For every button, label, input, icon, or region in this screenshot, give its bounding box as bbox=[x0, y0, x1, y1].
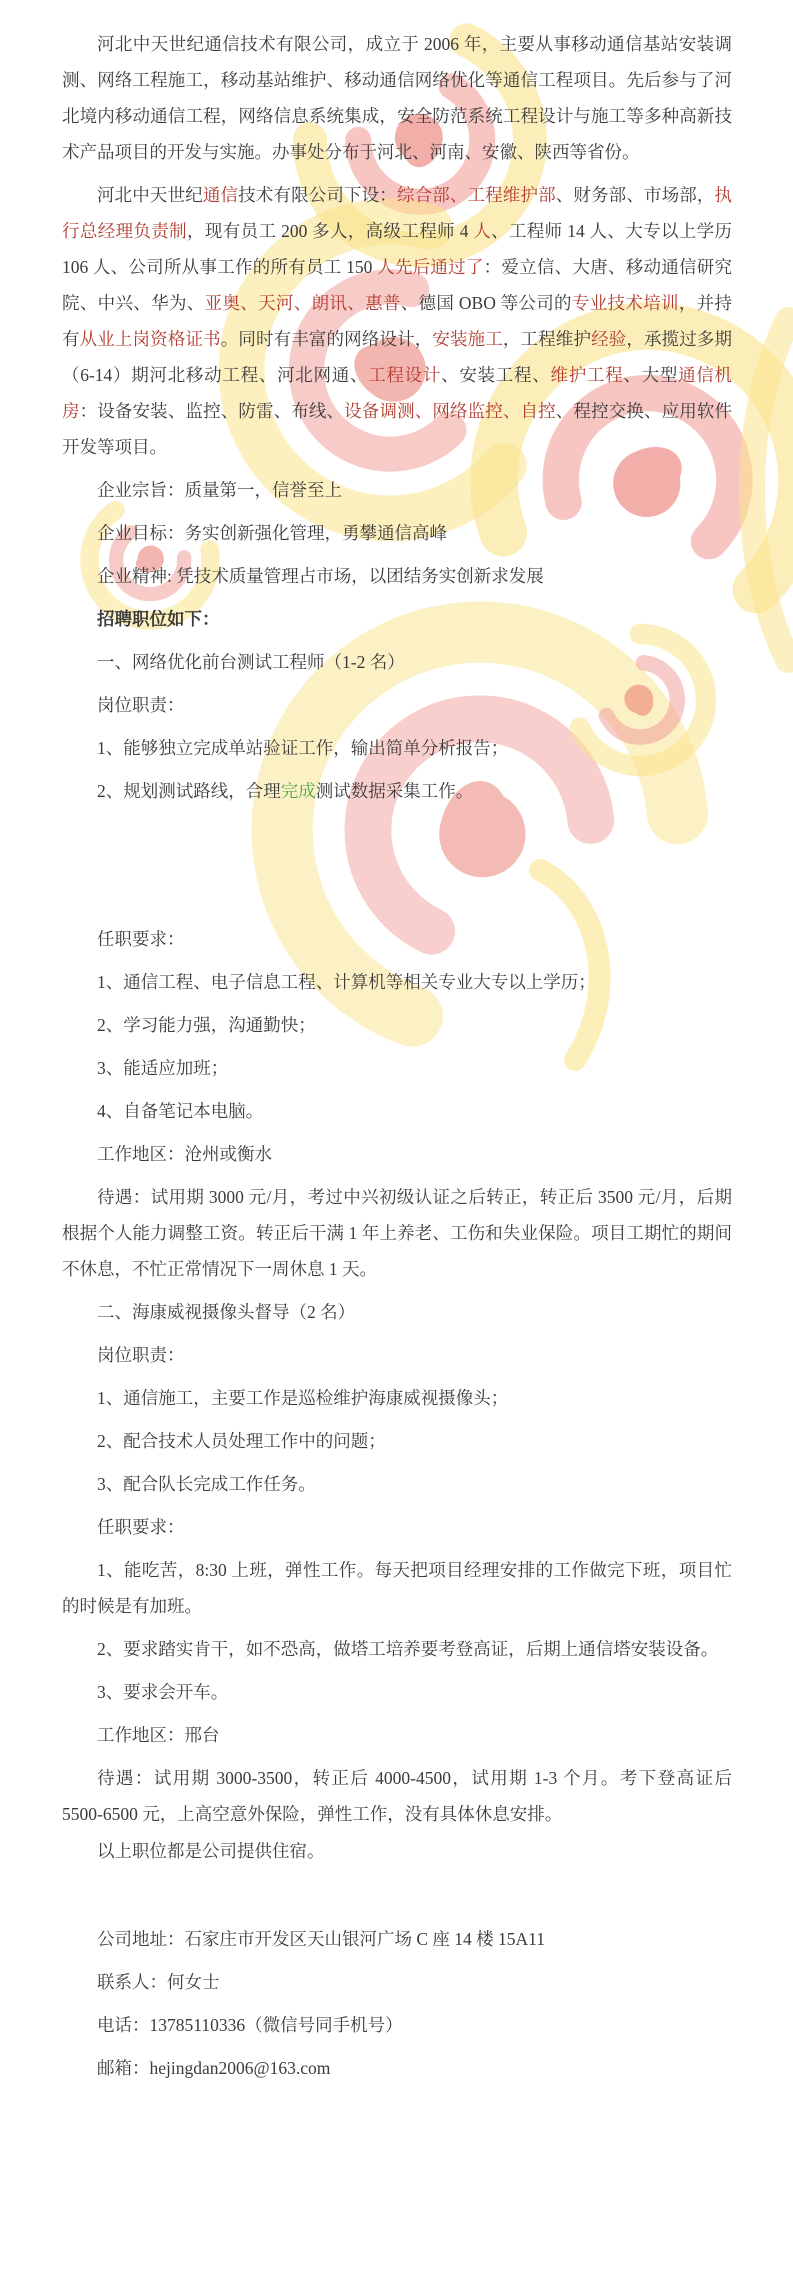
text-segment: 企业目标：务实创新强化管理，勇攀通信高峰 bbox=[97, 523, 447, 543]
text-segment: 、大型 bbox=[623, 365, 678, 385]
text-segment-red: 从业上岗资格证书 bbox=[80, 329, 221, 349]
text-segment: 岗位职责： bbox=[97, 1345, 185, 1365]
text-segment: 河北中天世纪通信技术有限公司，成立于 2006 年，主要从事移动通信基站安装调测… bbox=[62, 34, 732, 162]
position-1-requirement-heading: 任职要求： bbox=[62, 921, 732, 957]
text-segment-red: 工程设计 bbox=[368, 365, 441, 385]
text-segment: 二、海康威视摄像头督导（2 名） bbox=[97, 1302, 355, 1322]
text-segment: 1、通信施工，主要工作是巡检维护海康威视摄像头； bbox=[97, 1388, 508, 1408]
text-segment: 一、网络优化前台测试工程师（1-2 名） bbox=[97, 652, 405, 672]
position-1-salary: 待遇：试用期 3000 元/月，考过中兴初级认证之后转正，转正后 3500 元/… bbox=[62, 1179, 732, 1287]
text-segment: 电话：13785110336（微信号同手机号） bbox=[97, 2015, 403, 2035]
position-1-duty-2: 2、规划测试路线，合理完成测试数据采集工作。 bbox=[62, 773, 732, 809]
text-segment: 公司地址：石家庄市开发区天山银河广场 C 座 14 楼 15A11 bbox=[97, 1929, 545, 1949]
position-1-req-4: 4、自备笔记本电脑。 bbox=[62, 1093, 732, 1129]
company-goal: 企业目标：务实创新强化管理，勇攀通信高峰 bbox=[62, 515, 732, 551]
text-segment: 、德国 OBO 等公司的 bbox=[401, 293, 572, 313]
recruit-heading: 招聘职位如下： bbox=[62, 601, 732, 637]
text-segment-red: 人先后通过了 bbox=[377, 257, 484, 277]
text-segment: 招聘职位如下： bbox=[97, 609, 220, 629]
position-2-salary: 待遇：试用期 3000-3500，转正后 4000-4500，试用期 1-3 个… bbox=[62, 1760, 732, 1832]
text-segment: 2、规划测试路线，合理 bbox=[97, 781, 281, 801]
contact-person: 联系人：何女士 bbox=[62, 1964, 732, 2000]
intro-paragraph: 河北中天世纪通信技术有限公司，成立于 2006 年，主要从事移动通信基站安装调测… bbox=[62, 26, 732, 170]
text-segment: 邮箱：hejingdan2006@163.com bbox=[97, 2058, 330, 2078]
document-body: 河北中天世纪通信技术有限公司，成立于 2006 年，主要从事移动通信基站安装调测… bbox=[0, 0, 793, 2086]
text-segment-red: 通信 bbox=[203, 185, 238, 205]
contact-phone: 电话：13785110336（微信号同手机号） bbox=[62, 2007, 732, 2043]
position-2-location: 工作地区：邢台 bbox=[62, 1717, 732, 1753]
text-segment: 。同时有丰富的网络设计， bbox=[221, 329, 433, 349]
text-segment: 4、自备笔记本电脑。 bbox=[97, 1101, 263, 1121]
text-segment: ：设备安装、监控、防雷、布线、 bbox=[80, 401, 345, 421]
text-segment: ，现有员工 200 多人，高级工程师 4 bbox=[187, 221, 473, 241]
position-1-duty-heading: 岗位职责： bbox=[62, 687, 732, 723]
text-segment: 河北中天世纪 bbox=[97, 185, 203, 205]
text-segment: 待遇：试用期 3000-3500，转正后 4000-4500，试用期 1-3 个… bbox=[62, 1768, 732, 1824]
text-segment: 工作地区：沧州或衡水 bbox=[97, 1144, 272, 1164]
text-segment: 任职要求： bbox=[97, 1517, 185, 1537]
text-segment: 3、配合队长完成工作任务。 bbox=[97, 1474, 316, 1494]
text-segment: 岗位职责： bbox=[97, 695, 185, 715]
text-segment: 联系人：何女士 bbox=[97, 1972, 220, 1992]
text-segment-green: 完成 bbox=[281, 781, 316, 801]
text-segment: 待遇：试用期 3000 元/月，考过中兴初级认证之后转正，转正后 3500 元/… bbox=[62, 1187, 732, 1279]
text-segment-red: 专业技术培训 bbox=[572, 293, 679, 313]
position-2-title: 二、海康威视摄像头督导（2 名） bbox=[62, 1294, 732, 1330]
company-spirit: 企业精神: 凭技术质量管理占市场，以团结务实创新求发展 bbox=[62, 558, 732, 594]
contact-email: 邮箱：hejingdan2006@163.com bbox=[62, 2050, 732, 2086]
spacer bbox=[62, 816, 732, 921]
text-segment: 、安装工程、 bbox=[441, 365, 550, 385]
position-2-req-3: 3、要求会开车。 bbox=[62, 1674, 732, 1710]
position-2-duty-1: 1、通信施工，主要工作是巡检维护海康威视摄像头； bbox=[62, 1380, 732, 1416]
position-2-duty-heading: 岗位职责： bbox=[62, 1337, 732, 1373]
position-1-duty-1: 1、能够独立完成单站验证工作，输出简单分析报告； bbox=[62, 730, 732, 766]
text-segment: 以上职位都是公司提供住宿。 bbox=[97, 1841, 325, 1861]
text-segment: 2、配合技术人员处理工作中的问题； bbox=[97, 1431, 386, 1451]
position-2-req-1: 1、能吃苦，8:30 上班，弹性工作。每天把项目经理安排的工作做完下班，项目忙的… bbox=[62, 1552, 732, 1624]
position-2-duty-3: 3、配合队长完成工作任务。 bbox=[62, 1466, 732, 1502]
spacer bbox=[62, 1876, 732, 1921]
text-segment-red: 维护工程 bbox=[550, 365, 623, 385]
text-segment: 企业宗旨：质量第一，信誉至上 bbox=[97, 480, 342, 500]
text-segment: 工作地区：邢台 bbox=[97, 1725, 220, 1745]
text-segment: 测试数据采集工作。 bbox=[316, 781, 474, 801]
text-segment: 、财务部、市场部， bbox=[556, 185, 715, 205]
position-1-req-3: 3、能适应加班； bbox=[62, 1050, 732, 1086]
position-1-req-2: 2、学习能力强，沟通勤快； bbox=[62, 1007, 732, 1043]
company-motto: 企业宗旨：质量第一，信誉至上 bbox=[62, 472, 732, 508]
position-1-title: 一、网络优化前台测试工程师（1-2 名） bbox=[62, 644, 732, 680]
text-segment-red: 设备调测、网络监控、自控 bbox=[344, 401, 556, 421]
position-1-req-1: 1、通信工程、电子信息工程、计算机等相关专业大专以上学历； bbox=[62, 964, 732, 1000]
text-segment-red: 综合部、工程维护部 bbox=[397, 185, 556, 205]
text-segment: 2、学习能力强，沟通勤快； bbox=[97, 1015, 316, 1035]
text-segment-red: 经验 bbox=[591, 329, 626, 349]
company-address: 公司地址：石家庄市开发区天山银河广场 C 座 14 楼 15A11 bbox=[62, 1921, 732, 1957]
text-segment: 3、能适应加班； bbox=[97, 1058, 228, 1078]
text-segment: 3、要求会开车。 bbox=[97, 1682, 228, 1702]
position-2-requirement-heading: 任职要求： bbox=[62, 1509, 732, 1545]
text-segment: 1、能吃苦，8:30 上班，弹性工作。每天把项目经理安排的工作做完下班，项目忙的… bbox=[62, 1560, 732, 1616]
text-segment: 任职要求： bbox=[97, 929, 185, 949]
text-segment: 1、通信工程、电子信息工程、计算机等相关专业大专以上学历； bbox=[97, 972, 596, 992]
company-structure-paragraph: 河北中天世纪通信技术有限公司下设：综合部、工程维护部、财务部、市场部，执行总经理… bbox=[62, 177, 732, 465]
text-segment: 技术有限公司下设： bbox=[238, 185, 397, 205]
text-segment: 2、要求踏实肯干，如不恐高，做塔工培养要考登高证，后期上通信塔安装设备。 bbox=[97, 1639, 718, 1659]
text-segment-red: 人 bbox=[473, 221, 491, 241]
text-segment-red: 亚奥、天河、朗讯、惠普 bbox=[205, 293, 401, 313]
position-2-req-2: 2、要求踏实肯干，如不恐高，做塔工培养要考登高证，后期上通信塔安装设备。 bbox=[62, 1631, 732, 1667]
position-2-duty-2: 2、配合技术人员处理工作中的问题； bbox=[62, 1423, 732, 1459]
text-segment: 企业精神: 凭技术质量管理占市场，以团结务实创新求发展 bbox=[97, 566, 544, 586]
position-1-location: 工作地区：沧州或衡水 bbox=[62, 1136, 732, 1172]
text-segment: ，工程维护 bbox=[503, 329, 591, 349]
text-segment: 1、能够独立完成单站验证工作，输出简单分析报告； bbox=[97, 738, 508, 758]
text-segment-red: 安装施工 bbox=[432, 329, 503, 349]
housing-note: 以上职位都是公司提供住宿。 bbox=[62, 1833, 732, 1869]
document-page: 河北中天世纪通信技术有限公司，成立于 2006 年，主要从事移动通信基站安装调测… bbox=[0, 0, 793, 2272]
